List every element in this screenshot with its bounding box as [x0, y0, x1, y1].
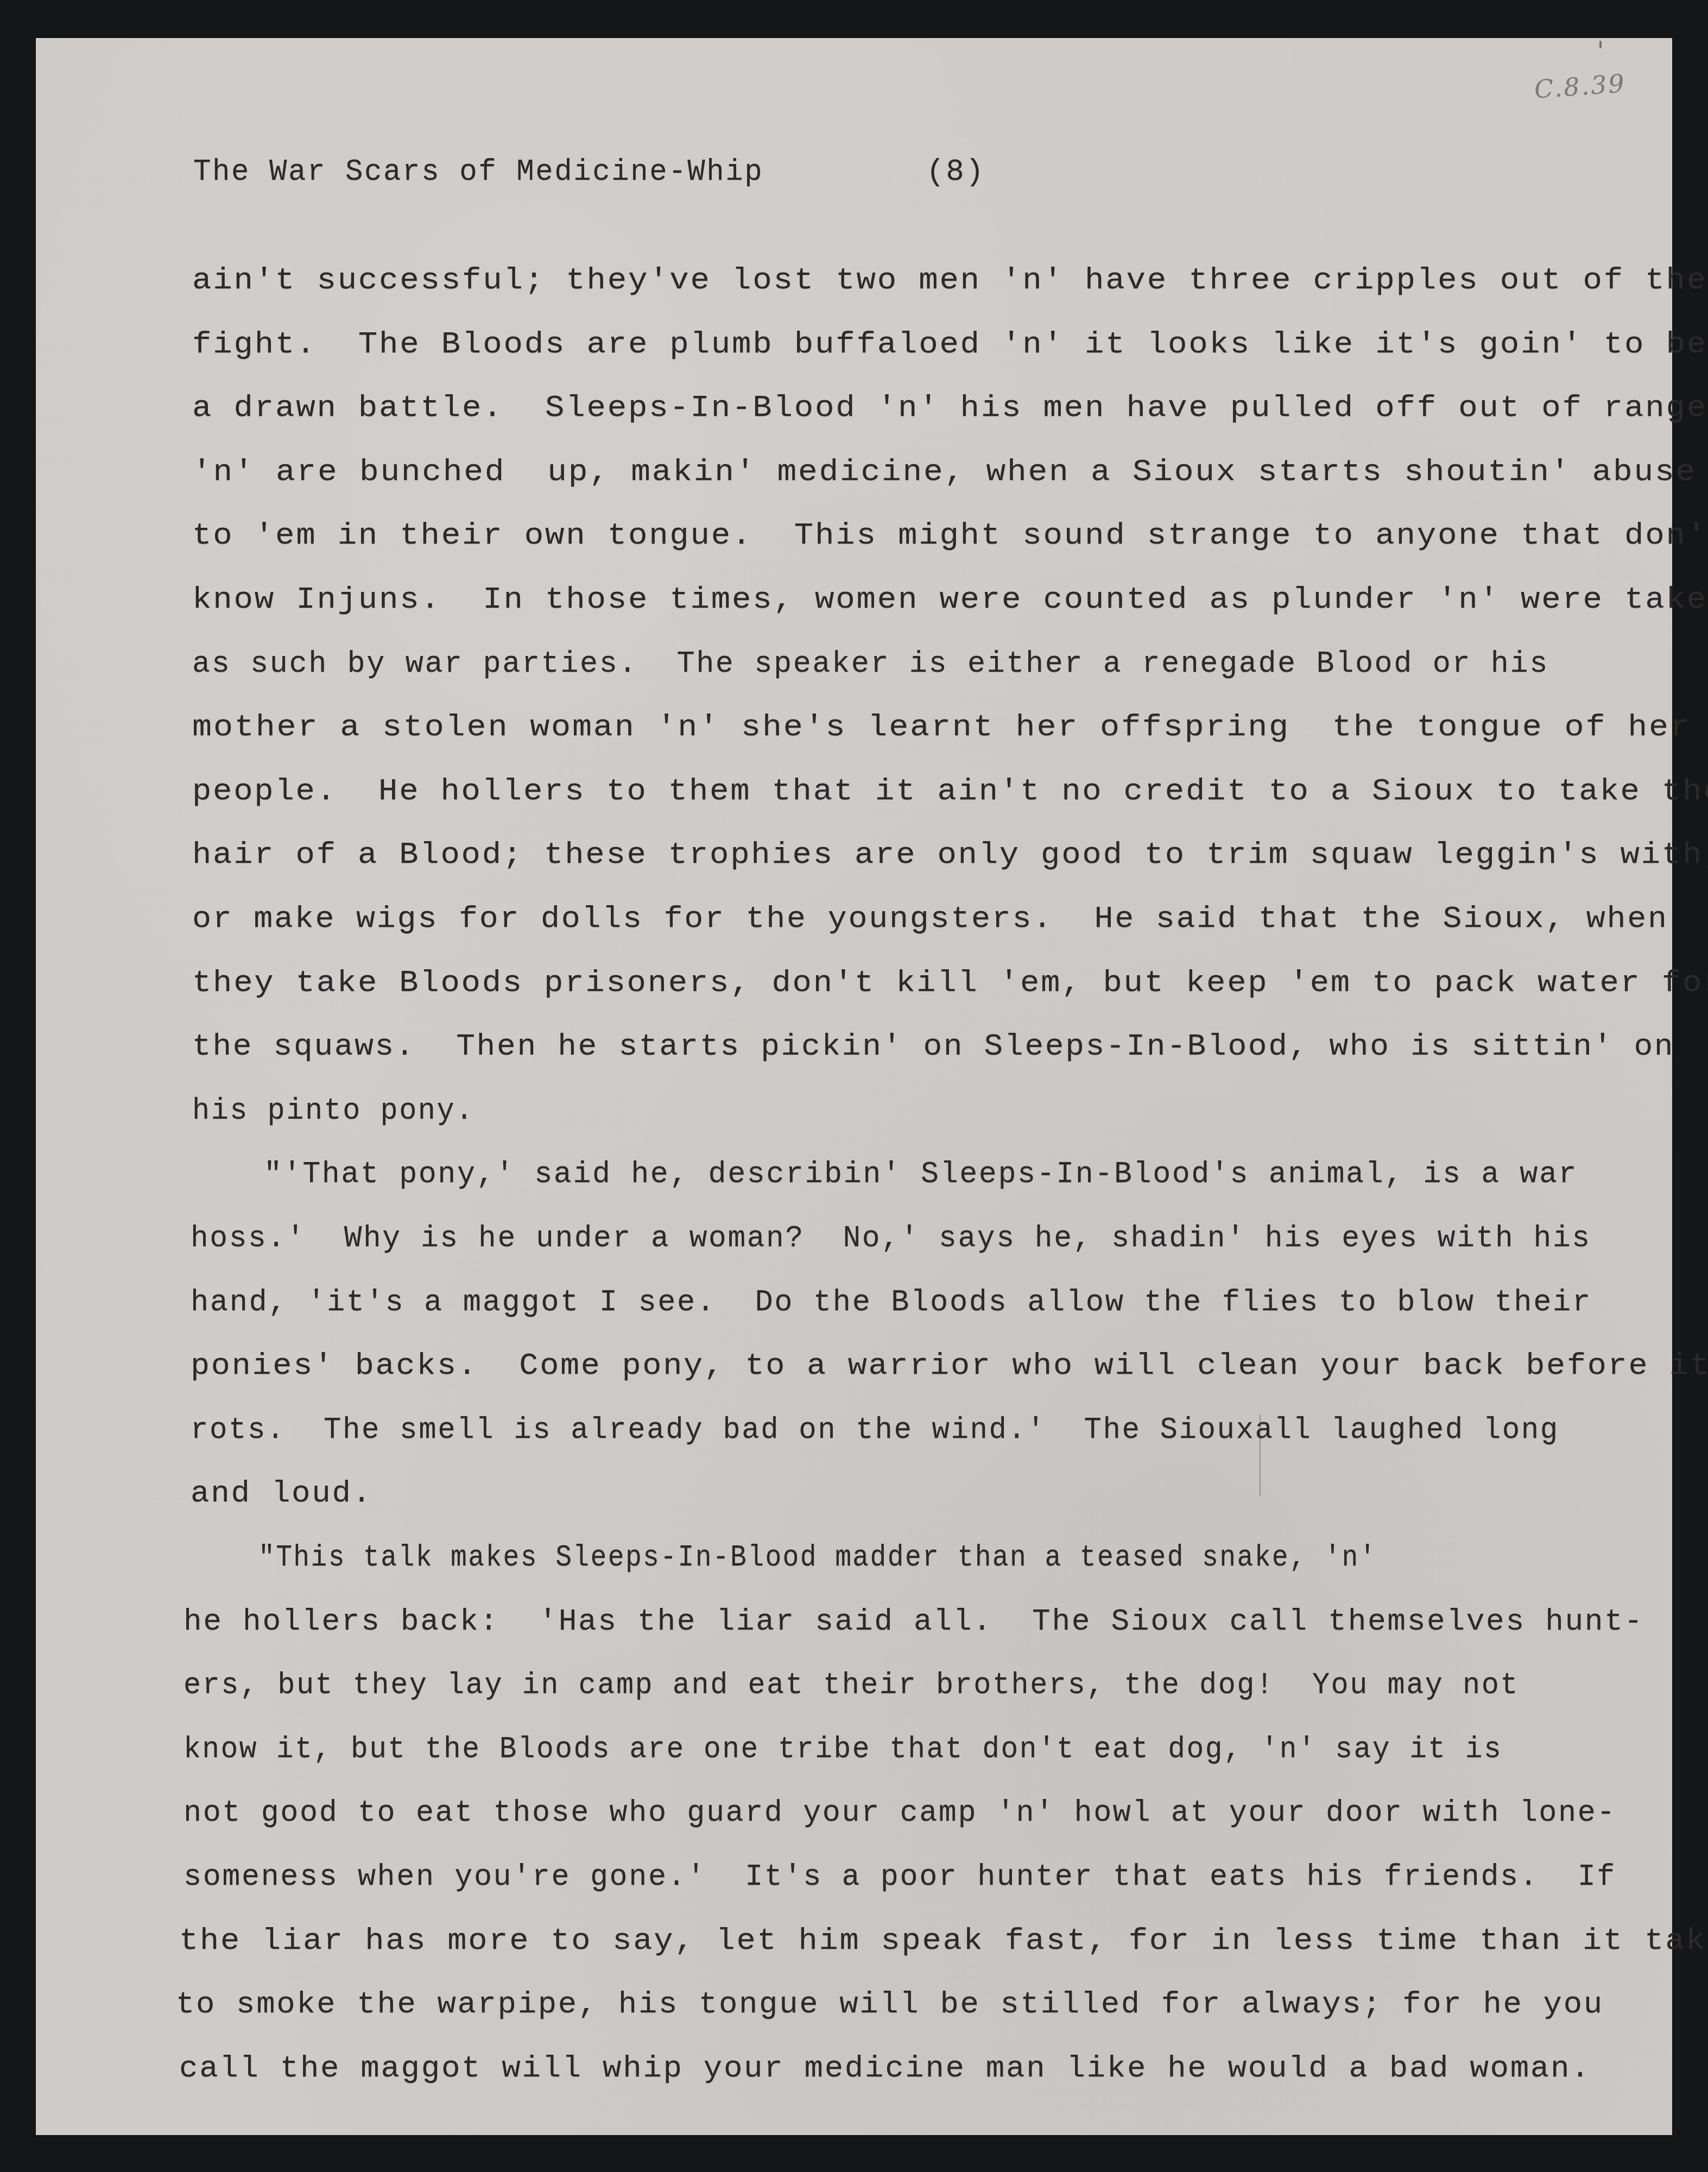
text-line: the squaws. Then he starts pickin' on Sl…: [192, 1031, 1674, 1062]
text-line: know it, but the Bloods are one tribe th…: [184, 1734, 1502, 1764]
page-header-title: The War Scars of Medicine-Whip: [193, 156, 763, 187]
text-line: someness when you're gone.' It's a poor …: [184, 1861, 1616, 1892]
text-line: not good to eat those who guard your cam…: [184, 1797, 1616, 1828]
text-line: know Injuns. In those times, women were …: [192, 584, 1708, 615]
text-line: ponies' backs. Come pony, to a warrior w…: [191, 1350, 1708, 1381]
text-line: mother a stolen woman 'n' she's learnt h…: [192, 712, 1691, 742]
text-line: ain't successful; they've lost two men '…: [192, 265, 1707, 295]
text-line: people. He hollers to them that it ain't…: [192, 776, 1708, 806]
text-line: they take Bloods prisoners, don't kill '…: [192, 968, 1708, 998]
text-line: to smoke the warpipe, his tongue will be…: [176, 1989, 1604, 2019]
text-line: ers, but they lay in camp and eat their …: [184, 1670, 1519, 1700]
text-line: rots. The smell is already bad on the wi…: [191, 1415, 1559, 1445]
paragraph-first-line: "This talk makes Sleeps-In-Blood madder …: [258, 1542, 1377, 1573]
catalog-mark: C.8.39: [1533, 68, 1627, 104]
text-line: hair of a Blood; these trophies are only…: [192, 839, 1708, 870]
typewritten-page: C.8.39 The War Scars of Medicine-Whip (8…: [36, 38, 1672, 2135]
text-line: he hollers back: 'Has the liar said all.…: [184, 1606, 1644, 1637]
text-line: and loud.: [191, 1478, 372, 1508]
text-line: or make wigs for dolls for the youngster…: [192, 904, 1668, 934]
text-line: hand, 'it's a maggot I see. Do the Blood…: [191, 1287, 1592, 1317]
paper-speck: [1599, 41, 1602, 48]
text-line: a drawn battle. Sleeps-In-Blood 'n' his …: [192, 393, 1707, 423]
text-line: 'n' are bunched up, makin' medicine, whe…: [192, 457, 1697, 487]
text-line: to 'em in their own tongue. This might s…: [192, 520, 1708, 551]
text-line: as such by war parties. The speaker is e…: [192, 648, 1549, 679]
text-line: call the maggot will whip your medicine …: [179, 2053, 1591, 2083]
paper-speck: [1111, 2055, 1113, 2061]
text-line: the liar has more to say, let him speak …: [179, 1925, 1708, 1956]
pencil-mark: [1260, 1415, 1261, 1496]
paragraph-first-line: "'That pony,' said he, describin' Sleeps…: [264, 1159, 1578, 1189]
text-line: his pinto pony.: [192, 1095, 475, 1126]
page-number: (8): [926, 156, 985, 187]
text-line: fight. The Bloods are plumb buffaloed 'n…: [192, 329, 1707, 359]
text-line: hoss.' Why is he under a woman? No,' say…: [191, 1223, 1591, 1253]
